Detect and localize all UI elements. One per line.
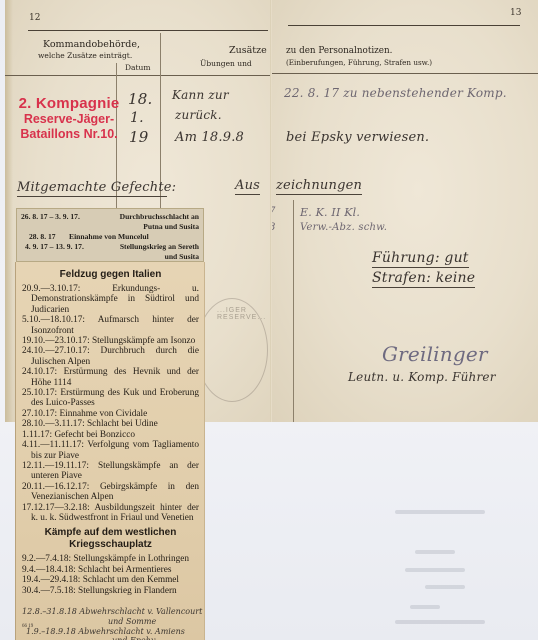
date-year: 19 [129,128,149,146]
awards-date-divider [293,200,294,422]
battle-entry: 30.4.—7.5.18: Stellungskrieg in Flandern [22,586,199,596]
section-title-west-2: Kriegsschauplatz [22,539,199,551]
handwritten-battle-2-cont: und Epehy [112,636,155,640]
company-stamp-line2: Reserve-Jäger- [15,112,123,126]
award2: Verw.-Abz. schw. [300,222,387,233]
entry-line3: Am 18.9.8 [175,130,244,145]
awards-heading-start: Aus [235,178,260,195]
company-stamp-line3: Bataillons Nr.10. [15,127,123,141]
conduct-entry: Führung: gut [372,250,469,268]
battle-entry: 25.10.17: Erstürmung des Kuk und Eroberu… [22,388,199,409]
award1: E. K. II Kl. [300,206,360,219]
section-title-italy: Feldzug gegen Italien [22,269,199,281]
header-personal-notes-sub: (Einberufungen, Führung, Strafen usw.) [286,59,432,67]
bleed-through-text [220,460,538,640]
entry-line2: zurück. [175,108,222,122]
handwritten-battle-1-cont: und Somme [108,617,156,626]
battles-heading: Mitgemachte Gefechte: [17,180,167,197]
battle-entry: 20.9.—3.10.17: Erkundungs- u. Demonstrat… [22,284,199,315]
officer-signature-title: Leutn. u. Komp. Führer [348,370,496,384]
round-seal-stamp: ...IGER RESERVE... [196,298,268,402]
battle-entry: 9.4.—18.4.18: Schlacht bei Armentieres [22,565,199,575]
page-number-right: 13 [510,8,521,18]
italy-battle-list: 20.9.—3.10.17: Erkundungs- u. Demonstrat… [22,284,199,523]
header-personal-notes: zu den Personalnotizen. [286,47,392,57]
company-stamp: 2. Kompagnie Reserve-Jäger- Bataillons N… [15,95,123,141]
header-bottom-rule-right [272,73,538,74]
company-stamp-line1: 2. Kompagnie [15,95,123,112]
award1-date: 3.10.17 [272,206,276,217]
handwritten-battle-1: 12.8.–31.8.18 Abwehrschlacht v. Vallenco… [22,607,202,616]
header-commanding-authority: Kommandobehörde, [43,40,140,50]
header-date: Datum [125,64,150,72]
date-month: 1. [130,110,144,126]
battle-entry: 27.10.17: Einnahme von Cividale [22,409,199,419]
battle-entry: 20.11.—16.12.17: Gebirgskämpfe in den Ve… [22,482,199,503]
battle-entry: 24.10.—27.10.17: Durchbruch durch die Ju… [22,346,199,367]
battle-entry: 17.12.17—3.2.18: Ausbildungszeit hinter … [22,503,199,524]
header-commanding-authority-sub: welche Zusätze einträgt. [38,52,132,60]
battle-entry: 19.10.—23.10.17: Stellungskämpfe am Ison… [22,336,199,346]
header-exercises: Übungen und [200,60,252,68]
battle-entry: 28.10.—3.11.17: Schlacht bei Udine [22,419,199,429]
battle-entry: 12.11.—19.11.17: Stellungskämpfe an der … [22,461,199,482]
section-title-west: Kämpfe auf dem westlichen [22,527,199,539]
battle-clipping-italy-west: Feldzug gegen Italien 20.9.—3.10.17: Erk… [15,262,205,640]
battle-entry: 1.11.17: Gefecht bei Bonzicco [22,430,199,440]
date-day: 18. [128,90,152,108]
battle-entry: 19.4.—29.4.18: Schlacht um den Kemmel [22,575,199,585]
award2-date: 15.6.18 [272,222,276,233]
note-line1: 22. 8. 17 zu nebenstehender Komp. [284,86,507,100]
entry-line1: Kann zur [172,88,229,102]
battle-entry: 5.10.—18.10.17: Aufmarsch hinter der Iso… [22,315,199,336]
battle-entry: 9.2.—7.4.18: Stellungskämpfe in Lothring… [22,554,199,564]
handwritten-battle-2: 1.9.–18.9.18 Abwehrschlacht v. Amiens [26,627,185,636]
round-seal-text: ...IGER RESERVE... [217,307,267,321]
west-battle-list: 9.2.—7.4.18: Stellungskämpfe in Lothring… [22,554,199,596]
battle-entry: 4.11.—11.11.17: Verfolgung vom Tagliamen… [22,440,199,461]
page-number-left: 12 [29,13,40,23]
header-additions: Zusätze [229,46,267,56]
header-top-rule-right [288,25,520,26]
punishments-entry: Strafen: keine [372,270,475,288]
header-top-rule [28,30,268,31]
battle-clipping-romania: 26. 8. 17 – 3. 9. 17. Durchbruchsschlach… [16,208,204,262]
note-line2: bei Epsky verwiesen. [286,130,429,145]
awards-heading: zeichnungen [276,178,362,195]
battle-entry: 24.10.17: Erstürmung des Hevnik und der … [22,367,199,388]
officer-signature: Greilinger [382,342,488,366]
right-page: 13 zu den Personalnotizen. (Einberufunge… [272,0,538,422]
header-bottom-rule [5,75,273,76]
